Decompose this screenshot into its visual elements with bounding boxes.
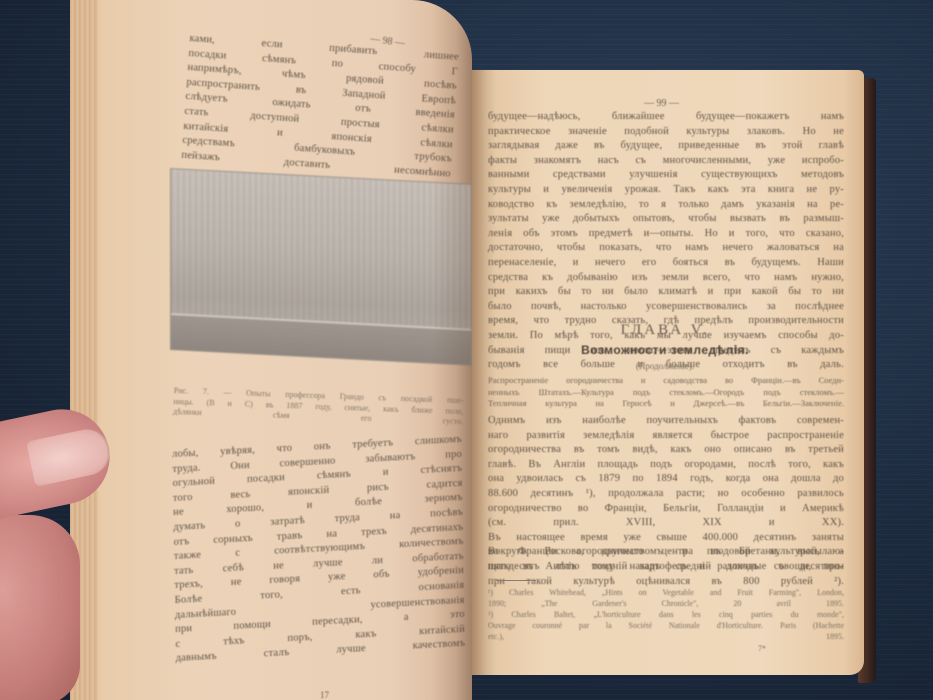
chapter-subtitle: Возможности земледѣлія. bbox=[466, 343, 864, 357]
text-line: факты знакомятъ насъ съ многочисленными,… bbox=[488, 154, 844, 169]
text-line: щаго въ Англію поздній картофель и разли… bbox=[488, 560, 844, 575]
text-line: при какихъ бы то ни было климатѣ и при к… bbox=[488, 285, 844, 300]
text-line: она удвоилась съ 1879 по 1894 годъ, когд… bbox=[488, 472, 844, 487]
left-page-body-bottom: лобы, увѣряя, что онъ требуетъ слишкомът… bbox=[172, 433, 465, 667]
text-line: наго развитія земледѣлія является быстро… bbox=[488, 429, 844, 444]
footnote-line: ¹) Charles Whitehead, „Hints on Vegetabl… bbox=[488, 587, 844, 598]
figure-photo-base bbox=[171, 313, 471, 365]
right-page: — 99 — будущее—надѣюсь, ближайшее будуще… bbox=[466, 70, 864, 675]
left-page-body-top: ками, если прибавить лишнеепосадки сѣмян… bbox=[181, 32, 460, 182]
text-line: Въ настоящее время уже свыше 400.000 дес… bbox=[488, 531, 844, 546]
text-line: зультаты уже добытыхъ опытовъ, чтобы выз… bbox=[488, 212, 844, 227]
text-line: 88.600 десятинъ ¹), продолжала расти; но… bbox=[488, 487, 844, 502]
chapter-title: ГЛАВА V. bbox=[466, 322, 864, 339]
chapter-summary: Распространеніе огородничества и садовод… bbox=[488, 375, 844, 410]
footnote-line: Ouvrage couronné par la Société National… bbox=[488, 620, 844, 631]
text-line: средства къ добыванію изъ земли всего, ч… bbox=[488, 271, 844, 286]
figure-caption: Рис. 7. — Опыты профессора Грандо съ пос… bbox=[173, 386, 464, 428]
footnotes: ¹) Charles Whitehead, „Hints on Vegetabl… bbox=[488, 587, 844, 642]
chapter-continuation: (Продолженіе). bbox=[466, 361, 864, 371]
summary-line: Распространеніе огородничества и садовод… bbox=[488, 375, 844, 387]
text-line: ленія объ этомъ предметѣ и—опыты. Но и т… bbox=[488, 227, 844, 242]
text-line: заглядывая даже въ будущее, приведенные … bbox=[488, 139, 844, 154]
text-line: было почвѣ, настолько усовершенствовалис… bbox=[488, 300, 844, 315]
text-line: будущее—надѣюсь, ближайшее будущее—покаж… bbox=[488, 110, 844, 125]
text-line: огородничество во Франціи, Бельгіи, Голл… bbox=[488, 502, 844, 517]
text-line: практическое значеніе подобной культуры … bbox=[488, 125, 844, 140]
text-line: перенаселеніе, и нечего его бояться въ б… bbox=[488, 256, 844, 271]
signature-mark: 7* bbox=[758, 644, 766, 653]
figure-photo bbox=[170, 168, 472, 366]
summary-line: ненныхъ Штатахъ.—Культура подъ стекломъ.… bbox=[488, 387, 844, 399]
footnote-line: etc.), 1895. bbox=[488, 631, 844, 642]
summary-line: Тепличная культура на Гернсеѣ и Джерсеѣ.… bbox=[488, 398, 844, 410]
footnote-line: 1890; „The Gardener's Chronicle", 20 avr… bbox=[488, 598, 844, 609]
text-line: достаточно, чтобы показать, что намъ неч… bbox=[488, 241, 844, 256]
right-page-number: — 99 — bbox=[644, 98, 679, 109]
text-line: культуры и увеличенія урожая. Такъ какъ … bbox=[488, 183, 844, 198]
text-line: главѣ. Въ Англіи площадь подъ огородами,… bbox=[488, 458, 844, 473]
text-line: (см. прил. XVIII, XIX и XX). bbox=[488, 516, 844, 531]
footnote-line: ²) Charles Baltet, „L'horticulture dans … bbox=[488, 609, 844, 620]
hand bbox=[0, 395, 130, 700]
text-line: ванными средствами улучшенія существующи… bbox=[488, 168, 844, 183]
text-line: ководство къ земледѣлію, то я только дам… bbox=[488, 198, 844, 213]
text-line: Вокругъ Роскова, крупнаго центра въ Брет… bbox=[488, 545, 844, 560]
text-line: огородничества въ томъ видѣ, какъ оно оп… bbox=[488, 443, 844, 458]
text-line: Однимъ изъ наиболѣе поучительныхъ фактов… bbox=[488, 414, 844, 429]
footnote-rule bbox=[496, 580, 536, 581]
left-page-footer-mark: 17 bbox=[320, 690, 329, 700]
lower-fingers bbox=[0, 515, 80, 700]
right-page-body-bottom: Вокругъ Роскова, крупнаго центра въ Брет… bbox=[488, 545, 844, 574]
left-page: — 98 — ками, если прибавить лишнеепосадк… bbox=[70, 0, 472, 700]
